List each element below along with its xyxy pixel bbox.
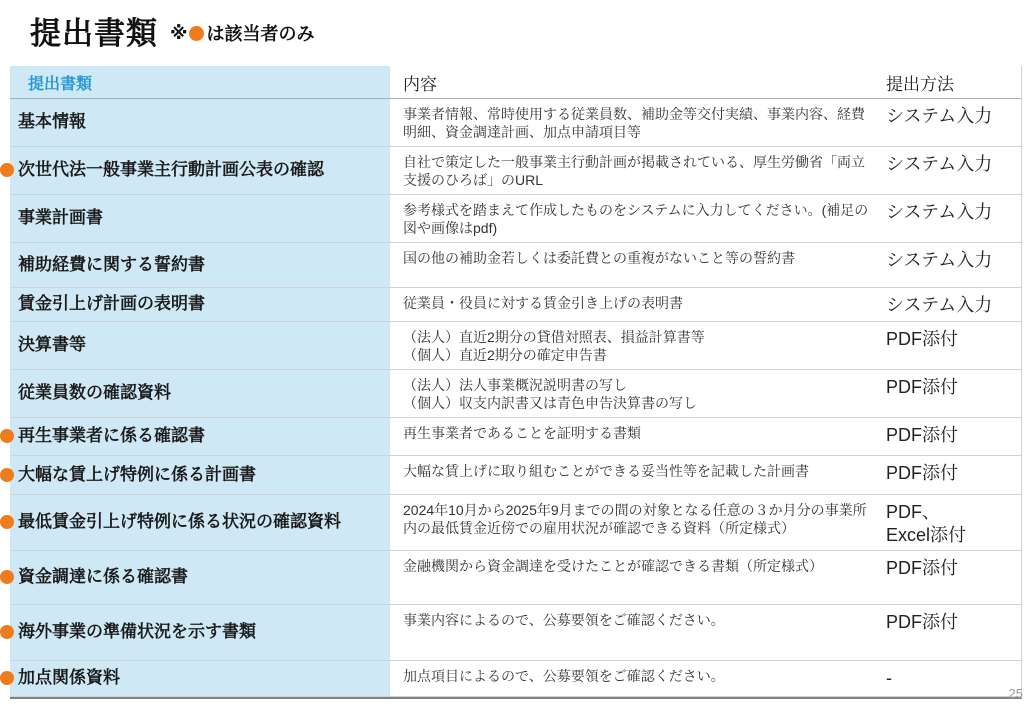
method-cell: システム入力 — [885, 195, 1022, 242]
document-name-cell: 次世代法一般事業主行動計画公表の確認 — [10, 147, 390, 194]
document-name: 事業計画書 — [18, 208, 103, 228]
method-cell: システム入力 — [885, 288, 1022, 321]
table-row: 決算書等 （法人）直近2期分の貸借対照表、損益計算書等 （個人）直近2期分の確定… — [10, 322, 1021, 370]
table-row: 大幅な賃上げ特例に係る計画書 大幅な賃上げに取り組むことができる妥当性等を記載し… — [10, 456, 1021, 495]
content-cell: 国の他の補助金若しくは委託費との重複がないこと等の誓約書 — [390, 243, 885, 287]
applicable-only-dot-icon — [0, 671, 14, 685]
document-name-cell: 再生事業者に係る確認書 — [10, 418, 390, 455]
method-cell: システム入力 — [885, 147, 1022, 194]
table-row: 補助経費に関する誓約書 国の他の補助金若しくは委託費との重複がないこと等の誓約書… — [10, 243, 1021, 288]
method-cell: PDF添付 — [885, 418, 1022, 455]
applicable-only-note: ※ は該当者のみ — [170, 20, 315, 46]
document-name-cell: 大幅な賃上げ特例に係る計画書 — [10, 456, 390, 494]
column-header-documents: 提出書類 — [10, 66, 390, 98]
content-cell: 加点項目によるので、公募要領をご確認ください。 — [390, 661, 885, 696]
content-cell: （法人）法人事業概況説明書の写し （個人）収支内訳書又は青色申告決算書の写し — [390, 370, 885, 417]
document-name: 従業員数の確認資料 — [18, 383, 171, 403]
table-row: 基本情報 事業者情報、常時使用する従業員数、補助金等交付実績、事業内容、経費明細… — [10, 99, 1021, 147]
document-name-cell: 海外事業の準備状況を示す書類 — [10, 605, 390, 660]
method-cell: システム入力 — [885, 99, 1022, 146]
content-cell: 再生事業者であることを証明する書類 — [390, 418, 885, 455]
document-name-cell: 決算書等 — [10, 322, 390, 369]
applicable-only-dot-icon — [0, 515, 14, 529]
document-name: 賃金引上げ計画の表明書 — [18, 294, 205, 314]
page-number: 25 — [1009, 686, 1023, 701]
table-row: 賃金引上げ計画の表明書 従業員・役員に対する賃金引き上げの表明書 システム入力 — [10, 288, 1021, 322]
content-cell: 事業者情報、常時使用する従業員数、補助金等交付実績、事業内容、経費明細、資金調達… — [390, 99, 885, 146]
applicable-only-dot-icon — [0, 625, 14, 639]
content-cell: 従業員・役員に対する賃金引き上げの表明書 — [390, 288, 885, 321]
document-name-cell: 補助経費に関する誓約書 — [10, 243, 390, 287]
applicable-dot-icon — [189, 26, 204, 41]
table-row: 再生事業者に係る確認書 再生事業者であることを証明する書類 PDF添付 — [10, 418, 1021, 456]
method-cell: PDF添付 — [885, 551, 1022, 604]
document-name: 補助経費に関する誓約書 — [18, 255, 205, 275]
table-row: 加点関係資料 加点項目によるので、公募要領をご確認ください。 - — [10, 661, 1021, 697]
note-text: は該当者のみ — [207, 20, 315, 46]
document-name: 海外事業の準備状況を示す書類 — [18, 622, 256, 642]
table-row: 事業計画書 参考様式を踏まえて作成したものをシステムに入力してください。(補足の… — [10, 195, 1021, 243]
table-row: 従業員数の確認資料 （法人）法人事業概況説明書の写し （個人）収支内訳書又は青色… — [10, 370, 1021, 418]
document-name: 加点関係資料 — [18, 668, 120, 688]
document-name-cell: 基本情報 — [10, 99, 390, 146]
content-cell: 2024年10月から2025年9月までの間の対象となる任意の３か月分の事業所内の… — [390, 495, 885, 550]
documents-table: 提出書類 内容 提出方法 基本情報 事業者情報、常時使用する従業員数、補助金等交… — [10, 66, 1022, 699]
table-row: 海外事業の準備状況を示す書類 事業内容によるので、公募要領をご確認ください。 P… — [10, 605, 1021, 661]
table-row: 資金調達に係る確認書 金融機関から資金調達を受けたことが確認できる書類（所定様式… — [10, 551, 1021, 605]
column-header-content: 内容 — [390, 66, 885, 98]
document-name-cell: 加点関係資料 — [10, 661, 390, 696]
document-name-cell: 賃金引上げ計画の表明書 — [10, 288, 390, 321]
content-cell: 自社で策定した一般事業主行動計画が掲載されている、厚生労働省「両立支援のひろば」… — [390, 147, 885, 194]
document-name-cell: 従業員数の確認資料 — [10, 370, 390, 417]
document-name: 次世代法一般事業主行動計画公表の確認 — [18, 160, 324, 180]
applicable-only-dot-icon — [0, 429, 14, 443]
document-name: 決算書等 — [18, 335, 86, 355]
content-cell: 事業内容によるので、公募要領をご確認ください。 — [390, 605, 885, 660]
content-cell: 参考様式を踏まえて作成したものをシステムに入力してください。(補足の図や画像はp… — [390, 195, 885, 242]
slide: 提出書類 ※ は該当者のみ 提出書類 内容 提出方法 基本情報 事業者情報、常時… — [0, 0, 1024, 710]
applicable-only-dot-icon — [0, 468, 14, 482]
document-name: 再生事業者に係る確認書 — [18, 426, 205, 446]
document-name-cell: 事業計画書 — [10, 195, 390, 242]
column-header-method: 提出方法 — [885, 66, 1022, 98]
method-cell: PDF、 Excel添付 — [885, 495, 1022, 550]
method-cell: PDF添付 — [885, 370, 1022, 417]
table-row: 次世代法一般事業主行動計画公表の確認 自社で策定した一般事業主行動計画が掲載され… — [10, 147, 1021, 195]
document-name: 基本情報 — [18, 112, 86, 132]
method-cell: PDF添付 — [885, 456, 1022, 494]
method-cell: PDF添付 — [885, 322, 1022, 369]
method-cell: PDF添付 — [885, 605, 1022, 660]
content-cell: 金融機関から資金調達を受けたことが確認できる書類（所定様式） — [390, 551, 885, 604]
document-name-cell: 最低賃金引上げ特例に係る状況の確認資料 — [10, 495, 390, 550]
method-cell: - — [885, 661, 1022, 696]
document-name-cell: 資金調達に係る確認書 — [10, 551, 390, 604]
note-asterisk: ※ — [170, 23, 188, 44]
content-cell: （法人）直近2期分の貸借対照表、損益計算書等 （個人）直近2期分の確定申告書 — [390, 322, 885, 369]
document-name: 最低賃金引上げ特例に係る状況の確認資料 — [18, 512, 341, 532]
content-cell: 大幅な賃上げに取り組むことができる妥当性等を記載した計画書 — [390, 456, 885, 494]
method-cell: システム入力 — [885, 243, 1022, 287]
applicable-only-dot-icon — [0, 570, 14, 584]
table-row: 最低賃金引上げ特例に係る状況の確認資料 2024年10月から2025年9月までの… — [10, 495, 1021, 551]
title-row: 提出書類 ※ は該当者のみ — [0, 0, 1024, 52]
page-title: 提出書類 — [30, 8, 158, 53]
document-name: 資金調達に係る確認書 — [18, 567, 188, 587]
applicable-only-dot-icon — [0, 163, 14, 177]
table-header-row: 提出書類 内容 提出方法 — [10, 66, 1021, 99]
document-name: 大幅な賃上げ特例に係る計画書 — [18, 465, 256, 485]
